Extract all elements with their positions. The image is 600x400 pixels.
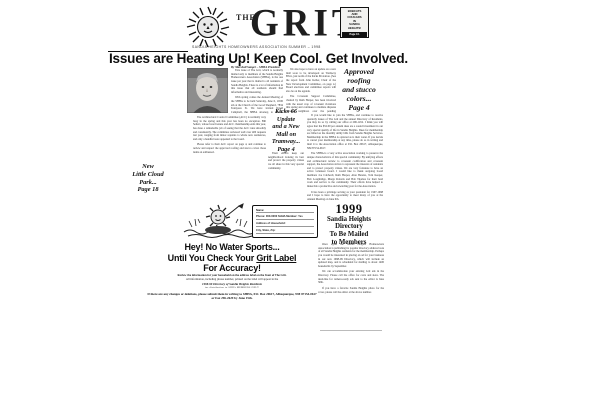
water-headline-line2: Until You Check Your Grit Label	[146, 253, 318, 264]
callout-line: To Be Mailed	[316, 231, 382, 239]
story-paragraph: We can accommodate your existing Grit ad…	[318, 270, 384, 285]
callout-line: New	[129, 163, 167, 171]
coupon-field-address: Address of Household:	[256, 222, 314, 227]
callout-line: Tramway...	[268, 138, 304, 146]
callout-little-cloud-park: New Little Cloud Park... Page 18	[129, 163, 167, 194]
callout-line: Directory	[316, 223, 382, 231]
corner-teaser-box: BOBCATS AND COUGARS IN SANDIA HEIGHTS! P…	[340, 7, 369, 38]
coupon-field-phone: Phone: 000-0000 SHHA Member: Yes	[256, 215, 314, 220]
water-sports-body: Review the information for your househol…	[146, 274, 318, 289]
masthead-subtitle: SANDIA HEIGHTS HOMEOWNERS ASSOCIATION SU…	[192, 45, 321, 49]
callout-line: Park...	[129, 179, 167, 187]
callout-line: and a New	[268, 123, 304, 131]
directory-story-column: Once again the Sandia Heights Homeowners…	[318, 243, 384, 323]
newsletter-page: THE GRIT BOBCATS AND COUGARS IN SANDIA H…	[0, 0, 600, 400]
story-paragraph: Once again the Sandia Heights Homeowners…	[318, 243, 384, 268]
story-paragraph: The Architectural Control Committee (ACC…	[193, 116, 266, 141]
bottom-divider	[320, 330, 382, 331]
water-headline-line2a: Until You Check Your	[168, 253, 257, 263]
callout-line: Update	[268, 116, 304, 124]
coupon-field-name: Name:	[256, 209, 314, 214]
teaser-line: HEIGHTS!	[342, 27, 367, 30]
changes-note: If there are any changes or deletions, p…	[146, 292, 318, 301]
water-sports-headline: Hey! No Water Sports... Until You Check …	[146, 242, 318, 274]
president-photo	[187, 68, 228, 113]
callout-roofing-colors: Approved roofing and stucco colors... Pa…	[337, 68, 381, 113]
story-paragraph: The SHHA is a very active association wo…	[307, 152, 383, 188]
callout-line: Kicks 66	[268, 108, 304, 116]
callout-year: 1999	[316, 203, 382, 216]
callout-page-ref: Page 4	[337, 104, 381, 113]
coupon-field-city: City, State, Zip:	[256, 229, 314, 234]
story-column-c: The Architectural Control Committee (ACC…	[193, 116, 266, 204]
sun-logo-icon	[185, 6, 231, 48]
callout-1999-directory: 1999 Sandia Heights Directory To Be Mail…	[316, 203, 382, 247]
callout-line: Sandia Heights	[316, 216, 382, 224]
water-sports-cartoon	[182, 199, 258, 239]
callout-kicks-66: Kicks 66 Update and a New Mall on Tramwa…	[268, 108, 304, 153]
story-paragraph: Their efforts keep our neighborhood look…	[268, 152, 304, 170]
story-paragraph: This issue of The Grit, which is normall…	[231, 69, 283, 94]
callout-line: Mall on	[268, 131, 304, 139]
grit-label-coupon: Name: Phone: 000-0000 SHHA Member: Yes A…	[252, 205, 318, 238]
callout-line: Little Cloud	[129, 171, 167, 179]
story-paragraph: Please refer to their ACC report on page…	[193, 143, 266, 154]
grit-label-underlined: Grit Label	[256, 253, 296, 263]
story-paragraph: If you would like to join the SHHA, and …	[307, 114, 383, 150]
water-body-distribution: for distribution to SHHA MEMBERS ONLY	[146, 286, 318, 289]
story-paragraph: We also hope to have an update on a new …	[286, 68, 336, 93]
water-headline-line1: Hey! No Water Sports...	[146, 242, 318, 253]
story-paragraph: If you have a favorite Sandia Heights ph…	[318, 287, 384, 294]
story-column-d: Their efforts keep our neighborhood look…	[268, 152, 304, 204]
teaser-page-ref: Page 10.	[342, 32, 367, 37]
story-paragraph: It has been a privilege serving as your …	[307, 191, 383, 202]
lead-byline: By Marshall Sanger – SHHA President	[231, 65, 280, 69]
story-column-e: If you would like to join the SHHA, and …	[307, 114, 383, 202]
callout-page-ref: Page 18	[129, 186, 167, 194]
